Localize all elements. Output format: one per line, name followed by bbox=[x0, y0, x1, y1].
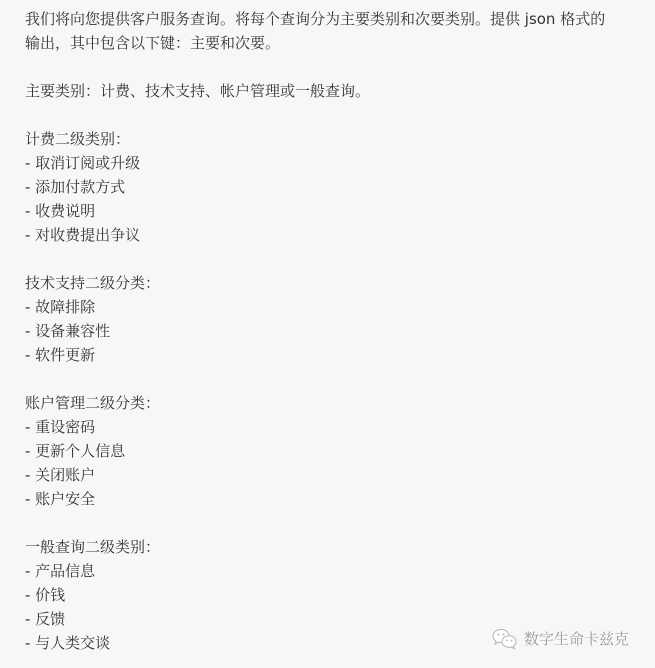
spacer bbox=[25, 55, 640, 79]
list-item: - 产品信息 bbox=[25, 559, 640, 583]
spacer bbox=[25, 247, 640, 271]
section-heading: 账户管理二级分类： bbox=[25, 391, 640, 415]
primary-categories-text: 主要类别：计费、技术支持、帐户管理或一般查询。 bbox=[25, 79, 640, 103]
list-item: - 关闭账户 bbox=[25, 463, 640, 487]
list-item: - 账户安全 bbox=[25, 487, 640, 511]
watermark-text: 数字生命卡兹克 bbox=[524, 627, 629, 651]
list-item: - 故障排除 bbox=[25, 295, 640, 319]
spacer bbox=[25, 103, 640, 127]
document-body: 我们将向您提供客户服务查询。将每个查询分为主要类别和次要类别。提供 json 格… bbox=[25, 7, 640, 655]
intro-paragraph: 我们将向您提供客户服务查询。将每个查询分为主要类别和次要类别。提供 json 格… bbox=[25, 7, 640, 55]
list-item: - 对收费提出争议 bbox=[25, 223, 640, 247]
spacer bbox=[25, 367, 640, 391]
intro-line-1: 我们将向您提供客户服务查询。将每个查询分为主要类别和次要类别。提供 json 格… bbox=[25, 7, 640, 31]
section-heading: 一般查询二级类别： bbox=[25, 535, 640, 559]
list-item: - 取消订阅或升级 bbox=[25, 151, 640, 175]
section-billing: 计费二级类别： - 取消订阅或升级 - 添加付款方式 - 收费说明 - 对收费提… bbox=[25, 127, 640, 247]
section-heading: 技术支持二级分类： bbox=[25, 271, 640, 295]
list-item: - 重设密码 bbox=[25, 415, 640, 439]
intro-line-2: 输出，其中包含以下键：主要和次要。 bbox=[25, 31, 640, 55]
list-item: - 设备兼容性 bbox=[25, 319, 640, 343]
list-item: - 更新个人信息 bbox=[25, 439, 640, 463]
watermark: 数字生命卡兹克 bbox=[492, 627, 629, 651]
section-heading: 计费二级类别： bbox=[25, 127, 640, 151]
section-tech-support: 技术支持二级分类： - 故障排除 - 设备兼容性 - 软件更新 bbox=[25, 271, 640, 367]
list-item: - 添加付款方式 bbox=[25, 175, 640, 199]
spacer bbox=[25, 511, 640, 535]
primary-categories: 主要类别：计费、技术支持、帐户管理或一般查询。 bbox=[25, 79, 640, 103]
list-item: - 软件更新 bbox=[25, 343, 640, 367]
list-item: - 收费说明 bbox=[25, 199, 640, 223]
list-item: - 价钱 bbox=[25, 583, 640, 607]
section-account-management: 账户管理二级分类： - 重设密码 - 更新个人信息 - 关闭账户 - 账户安全 bbox=[25, 391, 640, 511]
wechat-icon bbox=[492, 628, 518, 650]
